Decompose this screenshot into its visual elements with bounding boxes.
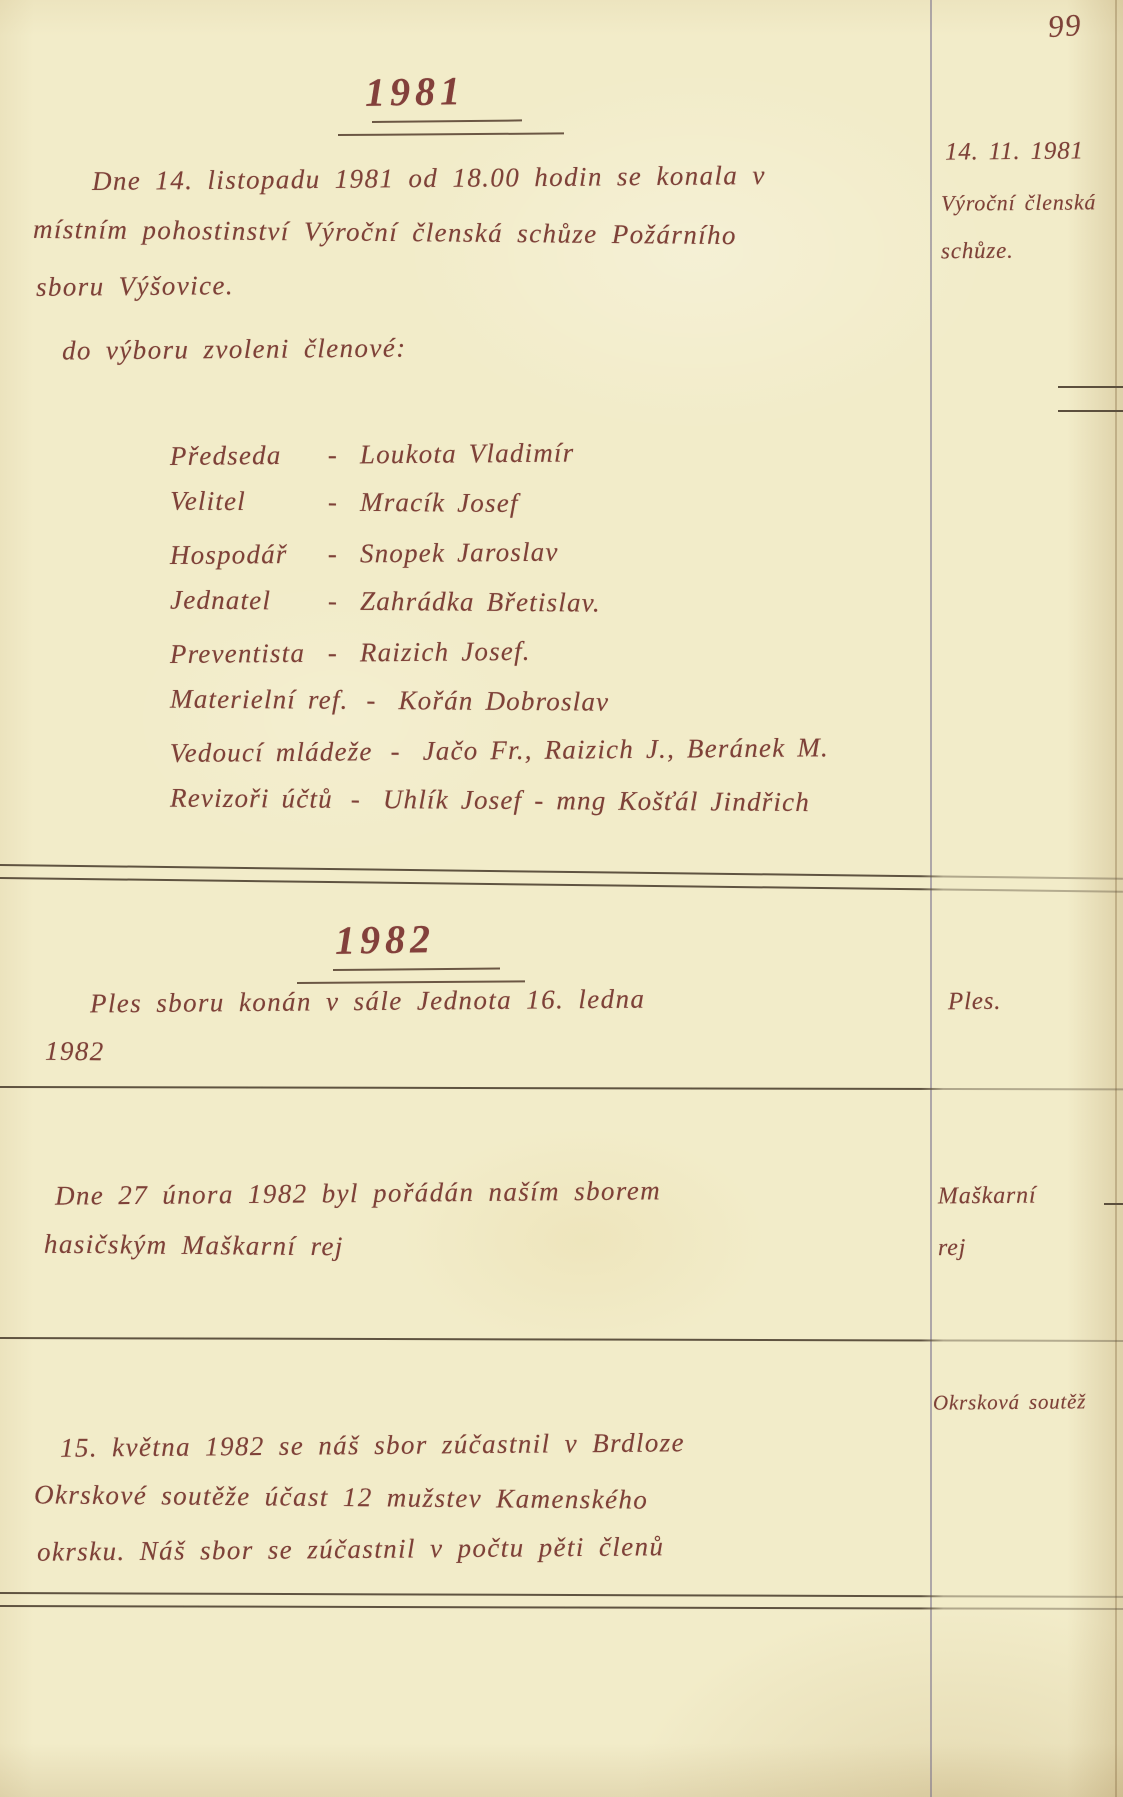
edge-tick: [1058, 410, 1123, 412]
paragraph-line: Ples sboru konán v sále Jednota 16. ledn…: [90, 984, 646, 1020]
edge-tick: [1104, 1203, 1123, 1205]
dash-separator: -: [348, 684, 394, 715]
committee-role: Materielní ref.: [170, 683, 349, 715]
committee-row: Revizoři účtů - Uhlík Josef - mng Košťál…: [170, 782, 860, 836]
dash-separator: -: [310, 439, 356, 470]
committee-row: Předseda - Loukota Vladimír: [170, 435, 860, 491]
paragraph-line: hasičským Maškarní rej: [44, 1229, 344, 1263]
committee-role: Revizoři účtů: [170, 782, 333, 814]
paragraph-line: 1982: [45, 1036, 105, 1068]
committee-name: Mracík Josef: [360, 486, 519, 518]
year-heading-1981: 1981: [330, 67, 501, 117]
section-divider: [0, 877, 1123, 893]
committee-name: Loukota Vladimír: [360, 437, 575, 470]
dash-separator: -: [372, 736, 418, 767]
margin-note-line: schůze.: [941, 238, 1014, 265]
committee-list: Předseda - Loukota Vladimír Velitel - Mr…: [170, 438, 860, 834]
edge-tick: [1058, 386, 1123, 388]
section-divider: [0, 1605, 1123, 1610]
paragraph-line: okrsku. Náš sbor se zúčastnil v počtu pě…: [37, 1531, 665, 1567]
section-divider: [0, 1337, 1123, 1341]
committee-role: Hospodář: [170, 539, 310, 571]
committee-role: Preventista: [170, 638, 310, 670]
chronicle-page: 99 1981 14. 11. 1981 Výroční členská sch…: [0, 0, 1123, 1797]
committee-name: Snopek Jaroslav: [360, 537, 559, 570]
margin-date: 14. 11. 1981: [945, 137, 1084, 166]
margin-note-line: Výroční členská: [941, 189, 1097, 216]
committee-role: Jednatel: [170, 584, 310, 616]
section-divider: [0, 864, 1123, 880]
margin-rule: [930, 0, 932, 1797]
committee-name: Uhlík Josef - mng Košťál Jindřich: [383, 784, 810, 818]
committee-role: Předseda: [170, 440, 310, 472]
dash-separator: -: [310, 585, 356, 616]
dash-separator: -: [310, 486, 356, 517]
committee-name: Kořán Dobroslav: [398, 685, 609, 717]
committee-row: Materielní ref. - Kořán Dobroslav: [170, 683, 860, 737]
committee-row: Preventista - Raizich Josef.: [170, 633, 860, 689]
heading-underline: [372, 119, 522, 123]
page-number: 99: [1047, 7, 1083, 45]
heading-underline: [297, 980, 525, 983]
year-heading-1982: 1982: [295, 914, 476, 964]
committee-role: Vedoucí mládeže: [170, 736, 373, 769]
heading-underline: [338, 132, 564, 135]
committee-role: Velitel: [170, 485, 310, 517]
margin-note-line: Okrsková soutěž: [933, 1389, 1086, 1415]
heading-underline: [333, 968, 500, 971]
paragraph-line: Dne 27 února 1982 byl pořádán naším sbor…: [55, 1175, 661, 1211]
dash-separator: -: [310, 637, 356, 668]
paragraph-line: Okrskové soutěže účast 12 mužstev Kamens…: [34, 1479, 648, 1515]
paragraph-line: místním pohostinství Výroční členská sch…: [33, 214, 737, 251]
section-divider: [0, 1086, 1123, 1090]
margin-note-line: Maškarní: [938, 1183, 1037, 1211]
committee-name: Jačo Fr., Raizich J., Beránek M.: [422, 732, 829, 767]
committee-row: Hospodář - Snopek Jaroslav: [170, 534, 860, 590]
page-edge: [1115, 0, 1117, 1797]
committee-intro: do výboru zvoleni členové:: [62, 332, 407, 366]
paragraph-line: Dne 14. listopadu 1981 od 18.00 hodin se…: [92, 160, 766, 197]
margin-note-line: rej: [938, 1235, 966, 1262]
paragraph-line: 15. května 1982 se náš sbor zúčastnil v …: [60, 1427, 685, 1463]
margin-note-ples: Ples.: [948, 988, 1002, 1016]
committee-name: Raizich Josef.: [360, 636, 531, 668]
section-divider: [0, 1592, 1123, 1597]
dash-separator: -: [310, 538, 356, 569]
committee-row: Vedoucí mládeže - Jačo Fr., Raizich J., …: [170, 732, 860, 788]
committee-row: Velitel - Mracík Josef: [170, 485, 860, 539]
committee-name: Zahrádka Břetislav.: [360, 585, 601, 618]
paragraph-line: sboru Výšovice.: [36, 270, 234, 303]
dash-separator: -: [333, 783, 379, 814]
committee-row: Jednatel - Zahrádka Břetislav.: [170, 584, 860, 638]
